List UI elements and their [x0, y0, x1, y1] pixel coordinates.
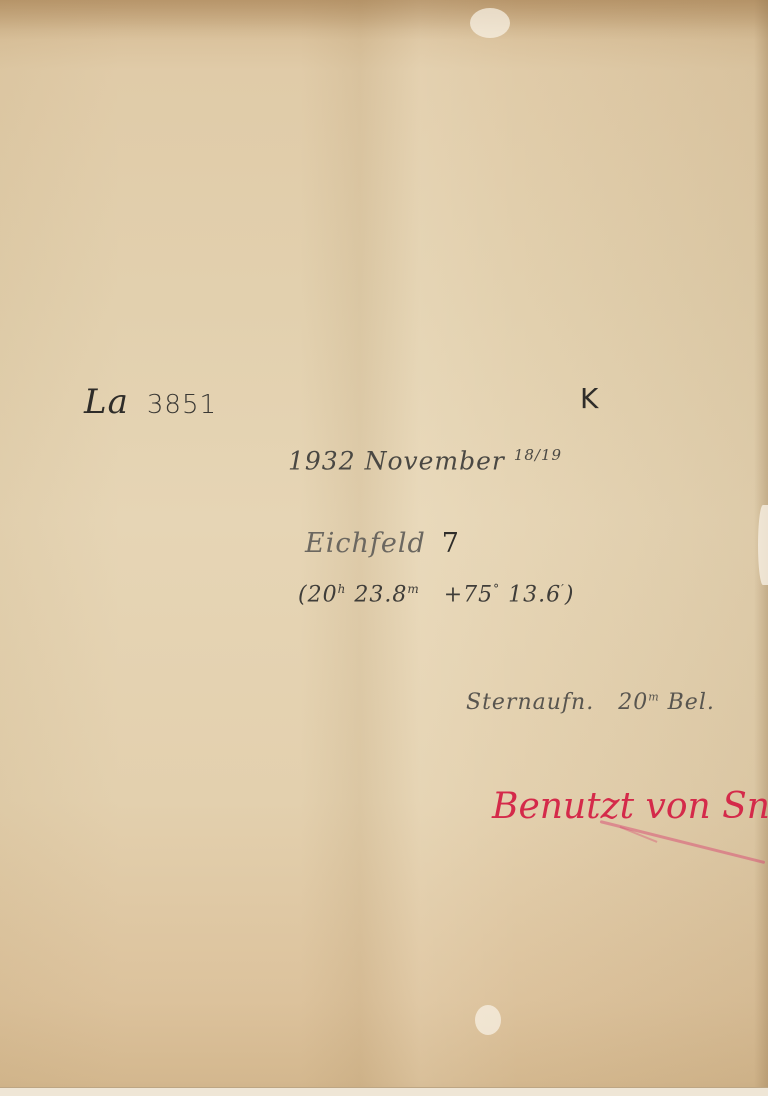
- paren-close: ): [565, 582, 575, 607]
- mark-letter: K: [580, 382, 599, 415]
- plate-envelope: La3851 K 1932 November 18/19 Eichfeld7 (…: [0, 0, 768, 1096]
- exposure-note-text: Bel.: [668, 690, 715, 715]
- date-year-month: 1932 November: [288, 446, 505, 475]
- paper-stain: [475, 1005, 501, 1035]
- ra-minutes: 23.8: [354, 582, 407, 607]
- date-days: 18/19: [514, 446, 562, 464]
- dec-degrees-unit: °: [493, 582, 500, 596]
- ra-minutes-unit: m: [407, 582, 419, 596]
- paper-crease-mark: [470, 8, 510, 38]
- paren-open: (: [298, 582, 308, 607]
- red-usage-annotation: Benutzt von Sn: [492, 786, 768, 827]
- right-edge-tear: [758, 505, 768, 585]
- ra-hours: 20: [308, 582, 338, 607]
- bottom-edge: [0, 1087, 768, 1096]
- coordinates: (20h 23.8m +75° 13.6′): [298, 582, 574, 607]
- exposure-duration: 20: [618, 690, 648, 715]
- exposure-unit: m: [648, 691, 659, 704]
- catalog-prefix: La: [84, 382, 129, 422]
- top-fold: [0, 0, 768, 40]
- plate-number: 7: [442, 528, 460, 559]
- observation-date: 1932 November 18/19: [288, 446, 562, 475]
- observer-name: Eichfeld: [305, 528, 426, 559]
- exposure-label: Sternaufn.: [466, 690, 594, 715]
- catalog-number: 3851: [147, 390, 217, 420]
- dec-minutes: 13.6: [508, 582, 561, 607]
- exposure-note: Sternaufn. 20m Bel.: [466, 690, 715, 715]
- observer-line: Eichfeld7: [305, 528, 460, 559]
- dec-degrees: +75: [444, 582, 493, 607]
- catalog-label: La3851: [84, 382, 217, 422]
- ra-hours-unit: h: [338, 582, 347, 596]
